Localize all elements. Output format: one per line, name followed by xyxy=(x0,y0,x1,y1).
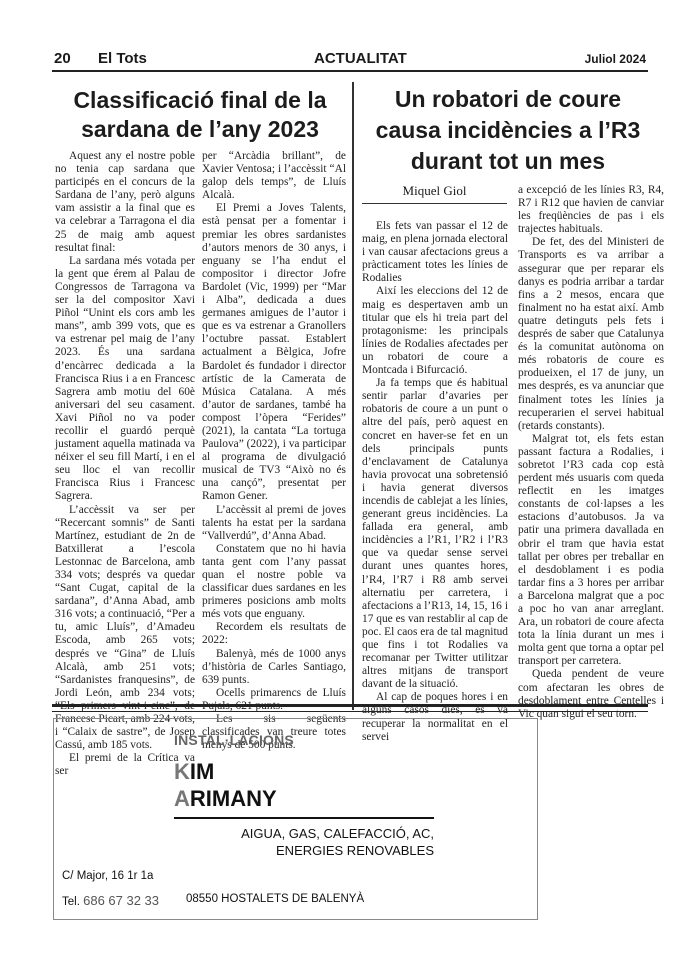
issue-date: Juliol 2024 xyxy=(585,52,646,66)
ad-category: INSTAL·LACIONS xyxy=(174,732,294,748)
article2-column1: Els fets van passar el 12 de maig, en pl… xyxy=(362,220,508,744)
section-divider xyxy=(52,704,648,712)
article2-column2: a excepció de les línies R3, R4, R7 i R1… xyxy=(518,184,664,721)
ad-divider xyxy=(174,817,434,819)
title-line: durant tot un mes xyxy=(360,146,656,177)
paragraph: Malgrat tot, els fets estan passant fact… xyxy=(518,433,664,669)
paragraph: Balenyà, més de 1000 anys d’història de … xyxy=(202,648,346,687)
paragraph: Ja fa temps que és habitual sentir parla… xyxy=(362,377,508,691)
author-byline: Miquel Giol xyxy=(362,183,507,204)
paragraph: per “Arcàdia brillant”, de Xavier Ventos… xyxy=(202,150,346,202)
title-line: causa incidències a l’R3 xyxy=(360,115,656,146)
ad-address: C/ Major, 16 1r 1a xyxy=(62,870,153,882)
initial-letter: A xyxy=(174,786,190,811)
advertisement: INSTAL·LACIONS KIM ARIMANY AIGUA, GAS, C… xyxy=(53,718,538,920)
ad-name-line2: ARIMANY xyxy=(174,786,277,812)
paragraph: L’accèssit al premi de joves talents ha … xyxy=(202,504,346,543)
column-divider xyxy=(352,82,354,710)
paragraph: Queda pendent de veure com afectaran les… xyxy=(518,668,664,720)
title-line: Classificació final de la xyxy=(52,86,348,115)
name-text: RIMANY xyxy=(190,786,277,811)
paragraph: Aquest any el nostre poble no tenia cap … xyxy=(55,150,195,255)
paragraph: El Premi a Joves Talents, està pensat pe… xyxy=(202,202,346,503)
paragraph: Els fets van passar el 12 de maig, en pl… xyxy=(362,220,508,285)
page-header: 20 El Tots ACTUALITAT Juliol 2024 xyxy=(52,50,648,72)
ad-services-line1: AIGUA, GAS, CALEFACCIÓ, AC, xyxy=(241,826,434,841)
tel-label: Tel. xyxy=(62,896,80,908)
paragraph: De fet, des del Ministeri de Transports … xyxy=(518,236,664,432)
section-name: ACTUALITAT xyxy=(314,50,407,67)
paragraph: Constatem que no hi havia tanta gent com… xyxy=(202,543,346,622)
paragraph: Així les eleccions del 12 de maig es des… xyxy=(362,285,508,377)
tel-number: 686 67 32 33 xyxy=(83,893,159,908)
ad-services-line2: ENERGIES RENOVABLES xyxy=(276,843,434,858)
article2-title: Un robatori de coure causa incidències a… xyxy=(360,84,656,177)
title-line: sardana de l’any 2023 xyxy=(52,115,348,144)
ad-city: 08550 HOSTALETS DE BALENYÀ xyxy=(186,893,364,905)
article1-column2: per “Arcàdia brillant”, de Xavier Ventos… xyxy=(202,150,346,752)
paragraph: Recordem els resultats de 2022: xyxy=(202,621,346,647)
paragraph: a excepció de les línies R3, R4, R7 i R1… xyxy=(518,184,664,236)
initial-letter: K xyxy=(174,759,190,784)
page-number: 20 xyxy=(54,50,71,67)
paragraph: L’accèssit va ser per “Recercant somnis”… xyxy=(55,504,195,753)
article1-title: Classificació final de la sardana de l’a… xyxy=(52,86,348,144)
publication-name: El Tots xyxy=(98,50,147,67)
ad-telephone: Tel. 686 67 32 33 xyxy=(62,893,159,908)
ad-name-line1: KIM xyxy=(174,759,214,785)
name-text: IM xyxy=(190,759,214,784)
title-line: Un robatori de coure xyxy=(360,84,656,115)
paragraph: La sardana més votada per la gent que ér… xyxy=(55,255,195,504)
article1-column1: Aquest any el nostre poble no tenia cap … xyxy=(55,150,195,779)
